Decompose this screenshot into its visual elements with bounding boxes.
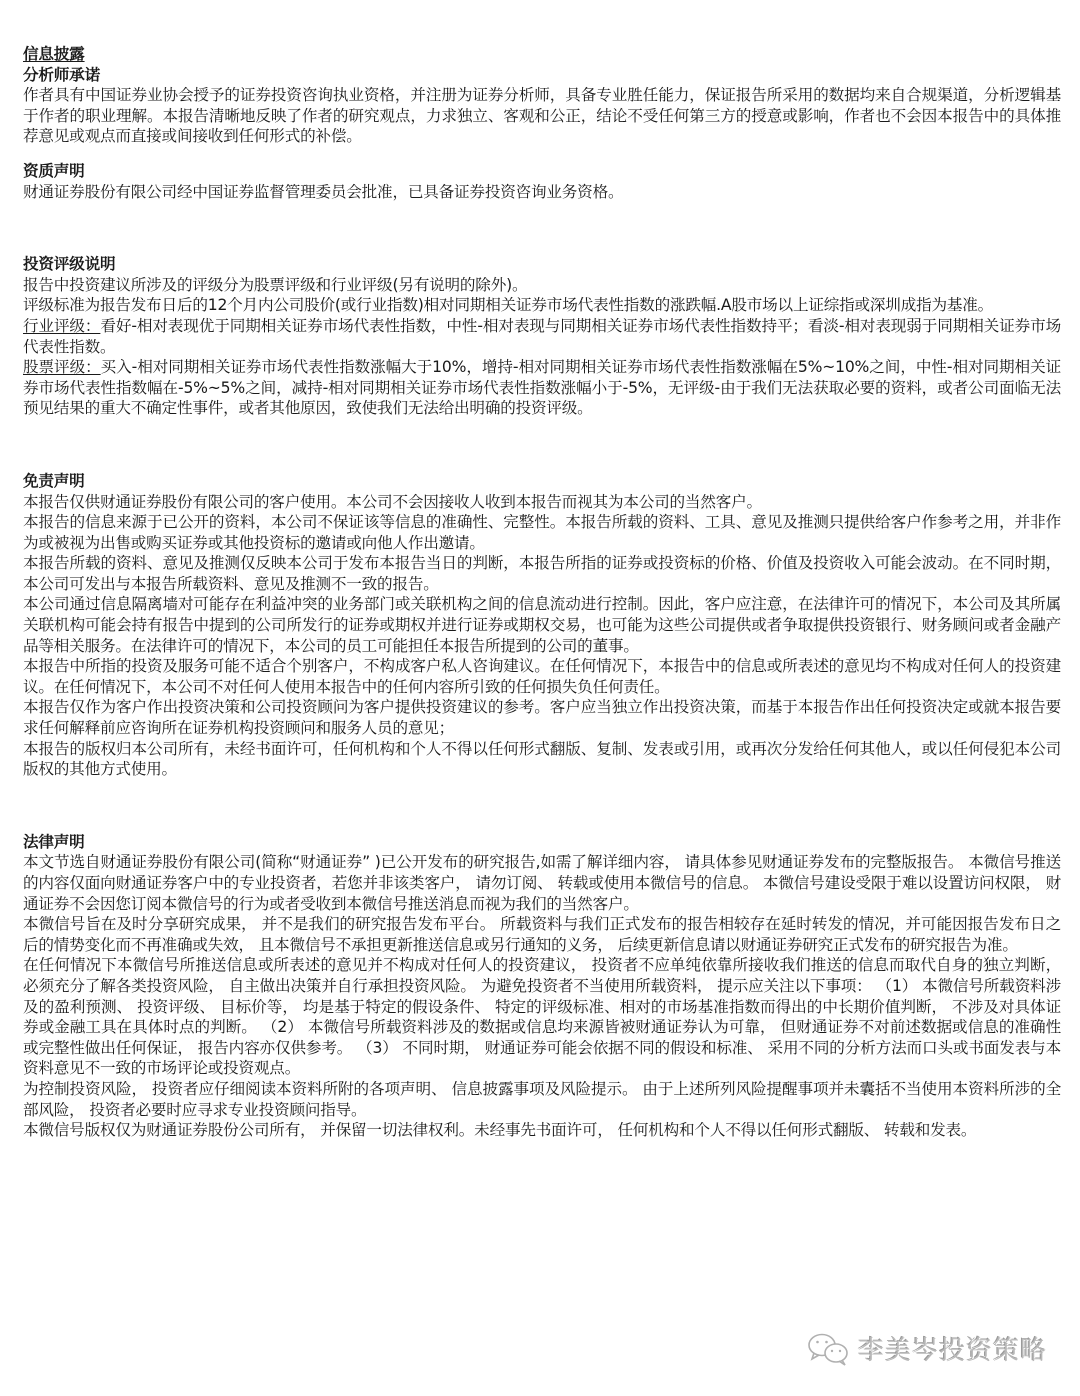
paragraph: 在任何情况下本微信号所推送信息或所表述的意见并不构成对任何人的投资建议， 投资者…	[23, 955, 1061, 1079]
watermark-text: 李美岑投资策略	[858, 1330, 1047, 1367]
section-heading: 资质声明	[23, 161, 1061, 182]
paragraph: 本报告所载的资料、意见及推测仅反映本公司于发布本报告当日的判断，本报告所指的证券…	[23, 553, 1061, 594]
paragraph: 本报告仅作为客户作出投资决策和公司投资顾问为客户提供投资建议的参考。客户应当独立…	[23, 697, 1061, 738]
section-qualification: 资质声明 财通证券股份有限公司经中国证券监督管理委员会批准，已具备证券投资咨询业…	[23, 161, 1061, 202]
paragraph: 为控制投资风险， 投资者应仔细阅读本资料所附的各项声明、 信息披露事项及风险提示…	[23, 1079, 1061, 1120]
document-title: 信息披露	[23, 44, 1061, 65]
section-disclaimer: 免责声明 本报告仅供财通证券股份有限公司的客户使用。本公司不会因接收人收到本报告…	[23, 471, 1061, 780]
section-analyst-commitment: 分析师承诺 作者具有中国证券业协会授予的证券投资咨询执业资格，并注册为证券分析师…	[23, 65, 1061, 147]
paragraph: 财通证券股份有限公司经中国证券监督管理委员会批准，已具备证券投资咨询业务资格。	[23, 182, 1061, 203]
paragraph: 报告中投资建议所涉及的评级分为股票评级和行业评级(另有说明的除外)。	[23, 275, 1061, 296]
paragraph: 本报告中所指的投资及服务可能不适合个别客户，不构成客户私人咨询建议。在任何情况下…	[23, 656, 1061, 697]
section-heading: 免责声明	[23, 471, 1061, 492]
section-heading: 投资评级说明	[23, 254, 1061, 275]
section-heading: 法律声明	[23, 832, 1061, 853]
industry-rating-label: 行业评级：	[23, 317, 100, 335]
paragraph: 本微信号旨在及时分享研究成果， 并不是我们的研究报告发布平台。 所载资料与我们正…	[23, 914, 1061, 955]
paragraph: 本报告的版权归本公司所有，未经书面许可，任何机构和个人不得以任何形式翻版、复制、…	[23, 739, 1061, 780]
paragraph: 本微信号版权仅为财通证券股份公司所有， 并保留一切法律权利。未经事先书面许可， …	[23, 1120, 1061, 1141]
paragraph: 本文节选自财通证券股份有限公司(简称“财通证券” )已公开发布的研究报告,如需了…	[23, 852, 1061, 914]
paragraph: 本报告的信息来源于已公开的资料，本公司不保证该等信息的准确性、完整性。本报告所载…	[23, 512, 1061, 553]
section-investment-rating: 投资评级说明 报告中投资建议所涉及的评级分为股票评级和行业评级(另有说明的除外)…	[23, 254, 1061, 419]
disclosure-document: 信息披露 分析师承诺 作者具有中国证券业协会授予的证券投资咨询执业资格，并注册为…	[23, 44, 1061, 1141]
stock-rating-paragraph: 股票评级：买入-相对同期相关证券市场代表性指数涨幅大于10%，增持-相对同期相关…	[23, 357, 1061, 419]
paragraph: 评级标准为报告发布日后的12个月内公司股价(或行业指数)相对同期相关证券市场代表…	[23, 295, 1061, 316]
paragraph: 本报告仅供财通证券股份有限公司的客户使用。本公司不会因接收人收到本报告而视其为本…	[23, 492, 1061, 513]
industry-rating-paragraph: 行业评级：看好-相对表现优于同期相关证券市场代表性指数，中性-相对表现与同期相关…	[23, 316, 1061, 357]
stock-rating-label: 股票评级：	[23, 358, 101, 376]
wechat-icon	[806, 1331, 852, 1367]
paragraph: 本公司通过信息隔离墙对可能存在利益冲突的业务部门或关联机构之间的信息流动进行控制…	[23, 594, 1061, 656]
section-heading: 分析师承诺	[23, 65, 1061, 86]
paragraph: 作者具有中国证券业协会授予的证券投资咨询执业资格，并注册为证券分析师，具备专业胜…	[23, 85, 1061, 147]
section-legal-statement: 法律声明 本文节选自财通证券股份有限公司(简称“财通证券” )已公开发布的研究报…	[23, 832, 1061, 1141]
wechat-watermark: 李美岑投资策略	[806, 1330, 1047, 1367]
industry-rating-text: 看好-相对表现优于同期相关证券市场代表性指数，中性-相对表现与同期相关证券市场代…	[23, 317, 1061, 356]
stock-rating-text: 买入-相对同期相关证券市场代表性指数涨幅大于10%，增持-相对同期相关证券市场代…	[23, 358, 1061, 417]
